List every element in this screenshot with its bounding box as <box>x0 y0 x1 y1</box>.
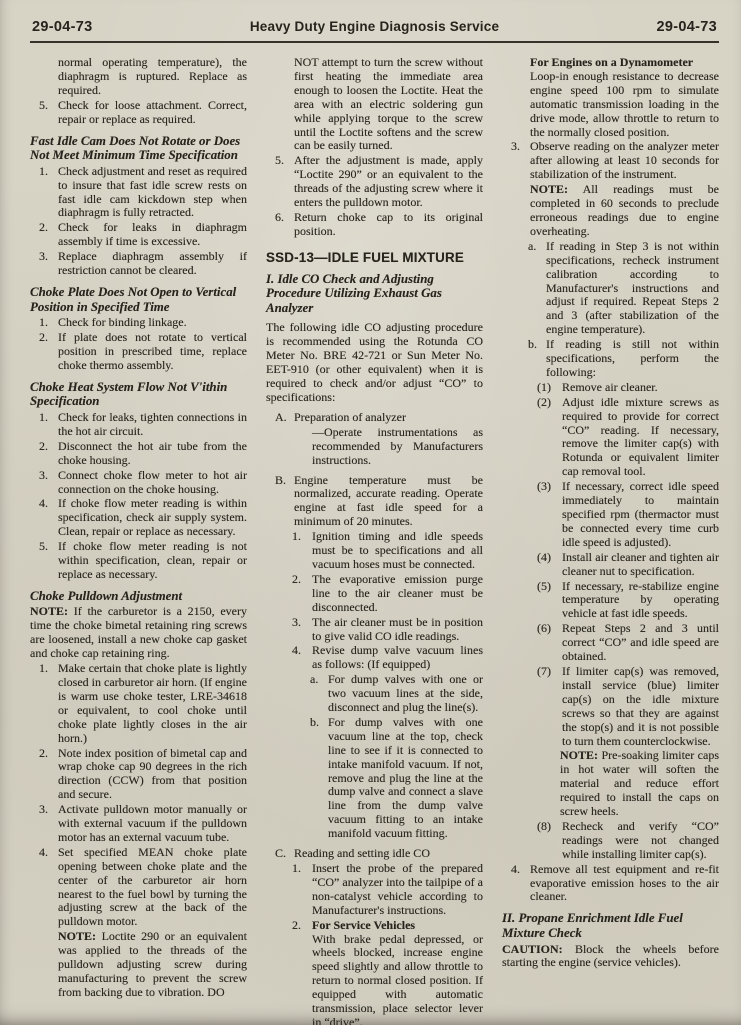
list-item: 5.After the adjustment is made, apply “L… <box>266 154 483 210</box>
sub-list-item: (1)Remove air cleaner. <box>502 381 719 395</box>
page-number-right: 29-04-73 <box>657 19 717 35</box>
sub-list-item: a.If reading in Step 3 is not within spe… <box>502 240 719 337</box>
list-item: 3.Connect choke flow meter to hot air co… <box>30 469 247 497</box>
subsection-heading: Choke Plate Does Not Open to Vertical Po… <box>30 285 247 314</box>
paragraph: NOTE: If the carburetor is a 2150, every… <box>30 605 247 661</box>
item-label: 2. <box>39 440 48 454</box>
text: For dump valves with one vacuum line at … <box>328 715 483 840</box>
item-label: (8) <box>537 820 551 834</box>
item-label: 3. <box>511 140 520 154</box>
sub-list-item: 1.Insert the probe of the prepared “CO” … <box>266 862 483 918</box>
text: Revise dump valve vacuum lines as follow… <box>312 643 483 671</box>
item-label: 4. <box>39 497 48 511</box>
text: Choke Heat System Flow Not V'ithin Speci… <box>30 380 227 409</box>
text: —Operate instrumentations as recommended… <box>312 425 483 467</box>
text: Repeat Steps 2 and 3 until correct “CO” … <box>562 621 719 663</box>
sub-list-item: (4)Install air cleaner and tighten air c… <box>502 551 719 579</box>
item-label: 1. <box>39 316 48 330</box>
item-label: 4. <box>511 863 520 877</box>
item-label: 3. <box>39 803 48 817</box>
bold-lead: For Engines on a Dynamometer <box>530 56 719 70</box>
item-label: (3) <box>537 480 551 494</box>
sub-list-item: b.For dump valves with one vacuum line a… <box>266 716 483 841</box>
list-item: 5.If choke flow meter reading is not wit… <box>30 540 247 582</box>
text: II. Propane Enrichment Idle Fuel Mixture… <box>502 911 683 940</box>
caution-paragraph: CAUTION: Block the wheels before startin… <box>502 943 719 971</box>
text: The following idle CO adjusting procedur… <box>266 320 483 404</box>
item-label: a. <box>310 673 318 687</box>
text: Recheck and verify “CO” readings were no… <box>562 819 719 861</box>
text: Note index position of bimetal cap and w… <box>58 746 247 802</box>
paragraph: The following idle CO adjusting procedur… <box>266 321 483 404</box>
text: Check adjustment and reset as required t… <box>58 164 247 220</box>
item-label: (6) <box>537 622 551 636</box>
text: NOT attempt to turn the screw without fi… <box>294 55 483 152</box>
note-paragraph: NOTE: Loctite 290 or an equivalent was a… <box>30 930 247 1000</box>
list-item: 4.If choke flow meter reading is within … <box>30 497 247 539</box>
page-number-left: 29-04-73 <box>32 19 92 35</box>
text: With brake pedal depressed, or wheels bl… <box>312 932 483 1025</box>
text: The evaporative emission purge line to t… <box>312 572 483 614</box>
text: Check for binding linkage. <box>58 315 187 329</box>
bold-lead: CAUTION: <box>502 942 563 956</box>
item-label: 2. <box>39 331 48 345</box>
item-label: b. <box>310 716 319 730</box>
item-label: a. <box>528 240 536 254</box>
list-item: 5.Check for loose attachment. Correct, r… <box>30 99 247 127</box>
bold-lead: NOTE: <box>530 182 568 196</box>
text: Check for loose attachment. Correct, rep… <box>58 98 247 126</box>
text: The air cleaner must be in position to g… <box>312 615 483 643</box>
text: After the adjustment is made, apply “Loc… <box>294 153 483 209</box>
sub-list-item: (3)If necessary, correct idle speed imme… <box>502 480 719 550</box>
sub-list-item: 4.Revise dump valve vacuum lines as foll… <box>266 644 483 672</box>
item-label: 1. <box>39 662 48 676</box>
subsection-heading: Fast Idle Cam Does Not Rotate or Does No… <box>30 134 247 163</box>
item-label: 5. <box>275 154 284 168</box>
item-label: b. <box>528 338 537 352</box>
item-label: 5. <box>39 540 48 554</box>
item-label: 4. <box>292 644 301 658</box>
sub-list-item: (2)Adjust idle mixture screws as require… <box>502 396 719 479</box>
text: Disconnect the hot air tube from the cho… <box>58 439 247 467</box>
note-paragraph: NOTE: Pre-soaking limiter caps in hot wa… <box>502 749 719 819</box>
item-label: 2. <box>39 221 48 235</box>
text: If reading is still not within specifica… <box>546 337 719 379</box>
note-paragraph: NOTE: All readings must be completed in … <box>502 183 719 239</box>
section-heading: SSD-13—IDLE FUEL MIXTURE <box>266 251 483 265</box>
text: Return choke cap to its original positio… <box>294 210 483 238</box>
text: Insert the probe of the prepared “CO” an… <box>312 861 483 917</box>
text: Observe reading on the analyzer meter af… <box>530 139 719 181</box>
text: For dump valves with one or two vacuum l… <box>328 672 483 714</box>
list-item: 2.Disconnect the hot air tube from the c… <box>30 440 247 468</box>
column-2: NOT attempt to turn the screw without fi… <box>266 56 483 1025</box>
sub-list-item: (8)Recheck and verify “CO” readings were… <box>502 820 719 862</box>
item-label: (5) <box>537 580 551 594</box>
item-label: (1) <box>537 381 551 395</box>
item-label: 6. <box>275 211 284 225</box>
column-3: For Engines on a DynamometerLoop-in enou… <box>502 56 719 1025</box>
text: If choke flow meter reading is within sp… <box>58 496 247 538</box>
text: Remove all test equipment and re-fit eva… <box>530 862 719 904</box>
list-item: 4.Remove all test equipment and re-fit e… <box>502 863 719 905</box>
list-item: 6.Return choke cap to its original posit… <box>266 211 483 239</box>
list-item: 1.Check for leaks, tighten connections i… <box>30 411 247 439</box>
list-item: 3.Activate pulldown motor manually or wi… <box>30 803 247 845</box>
item-label: 1. <box>292 530 301 544</box>
item-label: C. <box>275 847 286 861</box>
text: Adjust idle mixture screws as required t… <box>562 395 719 479</box>
list-item: 2.Check for leaks in diaphragm assembly … <box>30 221 247 249</box>
subsection-heading: Choke Pulldown Adjustment <box>30 589 247 604</box>
sub-list-item: (5)If necessary, re-stabilize engine tem… <box>502 580 719 622</box>
text: If reading in Step 3 is not within speci… <box>546 239 719 336</box>
item-label: B. <box>275 474 286 488</box>
text: normal operating temperature), the diaph… <box>58 55 247 97</box>
sub-list-item: 1.Ignition timing and idle speeds must b… <box>266 530 483 572</box>
sub-list-item: 2.The evaporative emission purge line to… <box>266 573 483 615</box>
sub-list-item: (6)Repeat Steps 2 and 3 until correct “C… <box>502 622 719 664</box>
sub-list-item: (7)If limiter cap(s) was removed, instal… <box>502 665 719 748</box>
text: Activate pulldown motor manually or with… <box>58 802 247 844</box>
text: Reading and setting idle CO <box>294 846 430 860</box>
item-label: 3. <box>39 469 48 483</box>
text: Preparation of analyzer <box>294 410 406 424</box>
bold-lead: For Service Vehicles <box>312 919 483 933</box>
list-item: 4.Set specified MEAN choke plate opening… <box>30 846 247 929</box>
item-label: (7) <box>537 665 551 679</box>
text: Loop-in enough resistance to decrease en… <box>530 69 719 139</box>
text: Check for leaks in diaphragm assembly if… <box>58 220 247 248</box>
sub-list-item: 2.For Service VehiclesWith brake pedal d… <box>266 919 483 1025</box>
column-1: normal operating temperature), the diaph… <box>30 56 247 1025</box>
sub-list-item: b.If reading is still not within specifi… <box>502 338 719 380</box>
item-label: 1. <box>39 411 48 425</box>
item-label: 4. <box>39 846 48 860</box>
list-item: 1.Make certain that choke plate is light… <box>30 662 247 745</box>
list-item: 3.Replace diaphragm assembly if restrict… <box>30 250 247 278</box>
list-item: 2.If plate does not rotate to vertical p… <box>30 331 247 373</box>
text: Make certain that choke plate is lightly… <box>58 661 247 745</box>
list-item: B.Engine temperature must be normalized,… <box>266 474 483 530</box>
item-label: 3. <box>292 616 301 630</box>
item-label: 2. <box>292 573 301 587</box>
text: Set specified MEAN choke plate opening b… <box>58 845 247 929</box>
list-item: C.Reading and setting idle CO <box>266 847 483 861</box>
item-label: 2. <box>39 747 48 761</box>
text: Ignition timing and idle speeds must be … <box>312 529 483 571</box>
bold-lead: NOTE: <box>30 604 68 618</box>
item-label: 3. <box>39 250 48 264</box>
text: Connect choke flow meter to hot air conn… <box>58 468 247 496</box>
list-item: 1.Check adjustment and reset as required… <box>30 165 247 221</box>
subsection-heading: II. Propane Enrichment Idle Fuel Mixture… <box>502 911 719 940</box>
text: I. Idle CO Check and Adjusting Procedure… <box>266 272 442 315</box>
page-header: 29-04-73 Heavy Duty Engine Diagnosis Ser… <box>30 12 719 43</box>
subsection-heading: I. Idle CO Check and Adjusting Procedure… <box>266 272 483 316</box>
text: If necessary, re-stabilize engine temper… <box>562 579 719 621</box>
text: If limiter cap(s) was removed, install s… <box>562 664 719 748</box>
paragraph: NOT attempt to turn the screw without fi… <box>266 56 483 153</box>
page-title: Heavy Duty Engine Diagnosis Service <box>250 19 499 34</box>
text: Install air cleaner and tighten air clea… <box>562 550 719 578</box>
list-item: 1.Check for binding linkage. <box>30 316 247 330</box>
subsection-heading: Choke Heat System Flow Not V'ithin Speci… <box>30 380 247 409</box>
item-label: 1. <box>292 862 301 876</box>
item-label: A. <box>275 411 287 425</box>
paragraph: normal operating temperature), the diaph… <box>30 56 247 98</box>
text: If plate does not rotate to vertical pos… <box>58 330 247 372</box>
text: SSD-13—IDLE FUEL MIXTURE <box>266 250 464 265</box>
text: Choke Pulldown Adjustment <box>30 589 182 603</box>
sub-paragraph: —Operate instrumentations as recommended… <box>266 426 483 468</box>
bold-lead: NOTE: <box>58 929 96 943</box>
text: If choke flow meter reading is not withi… <box>58 539 247 581</box>
text: Replace diaphragm assembly if restrictio… <box>58 249 247 277</box>
text: Fast Idle Cam Does Not Rotate or Does No… <box>30 134 240 163</box>
manual-page: 29-04-73 Heavy Duty Engine Diagnosis Ser… <box>0 0 741 1025</box>
text: Check for leaks, tighten connections in … <box>58 410 247 438</box>
bold-lead: NOTE: <box>560 748 598 762</box>
item-label: (4) <box>537 551 551 565</box>
text: If necessary, correct idle speed immedia… <box>562 479 719 549</box>
text: Remove air cleaner. <box>562 380 658 394</box>
item-label: 1. <box>39 165 48 179</box>
item-label: 5. <box>39 99 48 113</box>
sub-list-item: 3.The air cleaner must be in position to… <box>266 616 483 644</box>
page-body: normal operating temperature), the diaph… <box>30 43 719 1025</box>
item-label: (2) <box>537 396 551 410</box>
sub-list-item: a.For dump valves with one or two vacuum… <box>266 673 483 715</box>
text: Choke Plate Does Not Open to Vertical Po… <box>30 285 236 314</box>
lead-paragraph: For Engines on a DynamometerLoop-in enou… <box>502 56 719 139</box>
text: Engine temperature must be normalized, a… <box>294 473 483 529</box>
item-label: 2. <box>292 919 301 933</box>
list-item: A.Preparation of analyzer <box>266 411 483 425</box>
list-item: 3.Observe reading on the analyzer meter … <box>502 140 719 182</box>
list-item: 2.Note index position of bimetal cap and… <box>30 747 247 803</box>
